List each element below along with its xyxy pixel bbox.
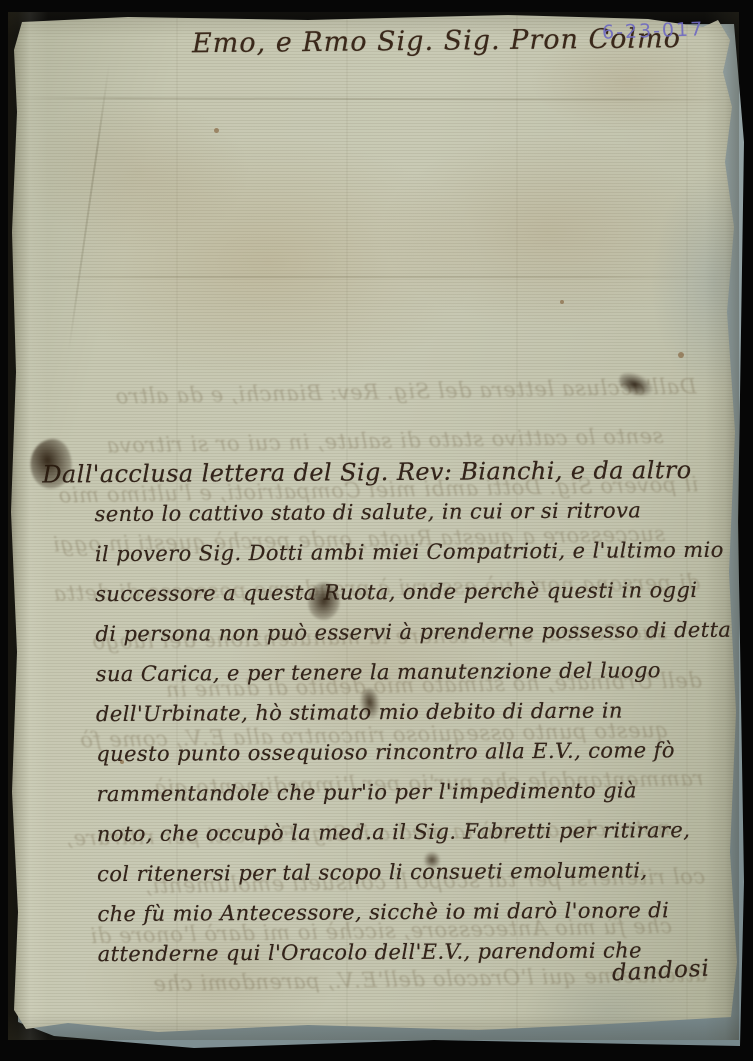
manuscript-line: Dall'acclusa lettera del Sig. Rev: Bianc… — [42, 450, 712, 495]
manuscript-line: dell'Urbinate, hò stimato mio debito di … — [96, 690, 714, 734]
salutation-line: Emo, e Rmo Sig. Sig. Pron Colmo — [192, 24, 622, 60]
manuscript-line: il povero Sig. Dotti ambi miei Compatrio… — [95, 530, 713, 574]
letter-body-text: Dall'acclusa lettera del Sig. Rev: Bianc… — [94, 450, 716, 974]
manuscript-line: di persona non può esservi à prenderne p… — [95, 610, 713, 654]
manuscript-line: rammentandole che pur'io per l'impedimen… — [96, 770, 714, 814]
manuscript-line: sua Carica, e per tenere la manutenzione… — [96, 650, 714, 694]
manuscript-line: sento lo cattivo stato di salute, in cui… — [94, 490, 712, 534]
manuscript-line: successore a questa Ruota, onde perchè q… — [95, 570, 713, 614]
manuscript-line: questo punto ossequioso rincontro alla E… — [96, 730, 714, 774]
manuscript-line: col ritenersi per tal scopo li consueti … — [97, 850, 715, 894]
manuscript-line: che fù mio Antecessore, sicchè io mi dar… — [97, 890, 715, 934]
catchword: dandosi — [611, 955, 710, 986]
catalog-number: 6-23-017 — [602, 18, 705, 44]
manuscript-photo: { "archival": { "catalog_number": "6-23-… — [0, 0, 753, 1061]
manuscript-line: noto, che occupò la med.a il Sig. Fabret… — [97, 810, 715, 854]
